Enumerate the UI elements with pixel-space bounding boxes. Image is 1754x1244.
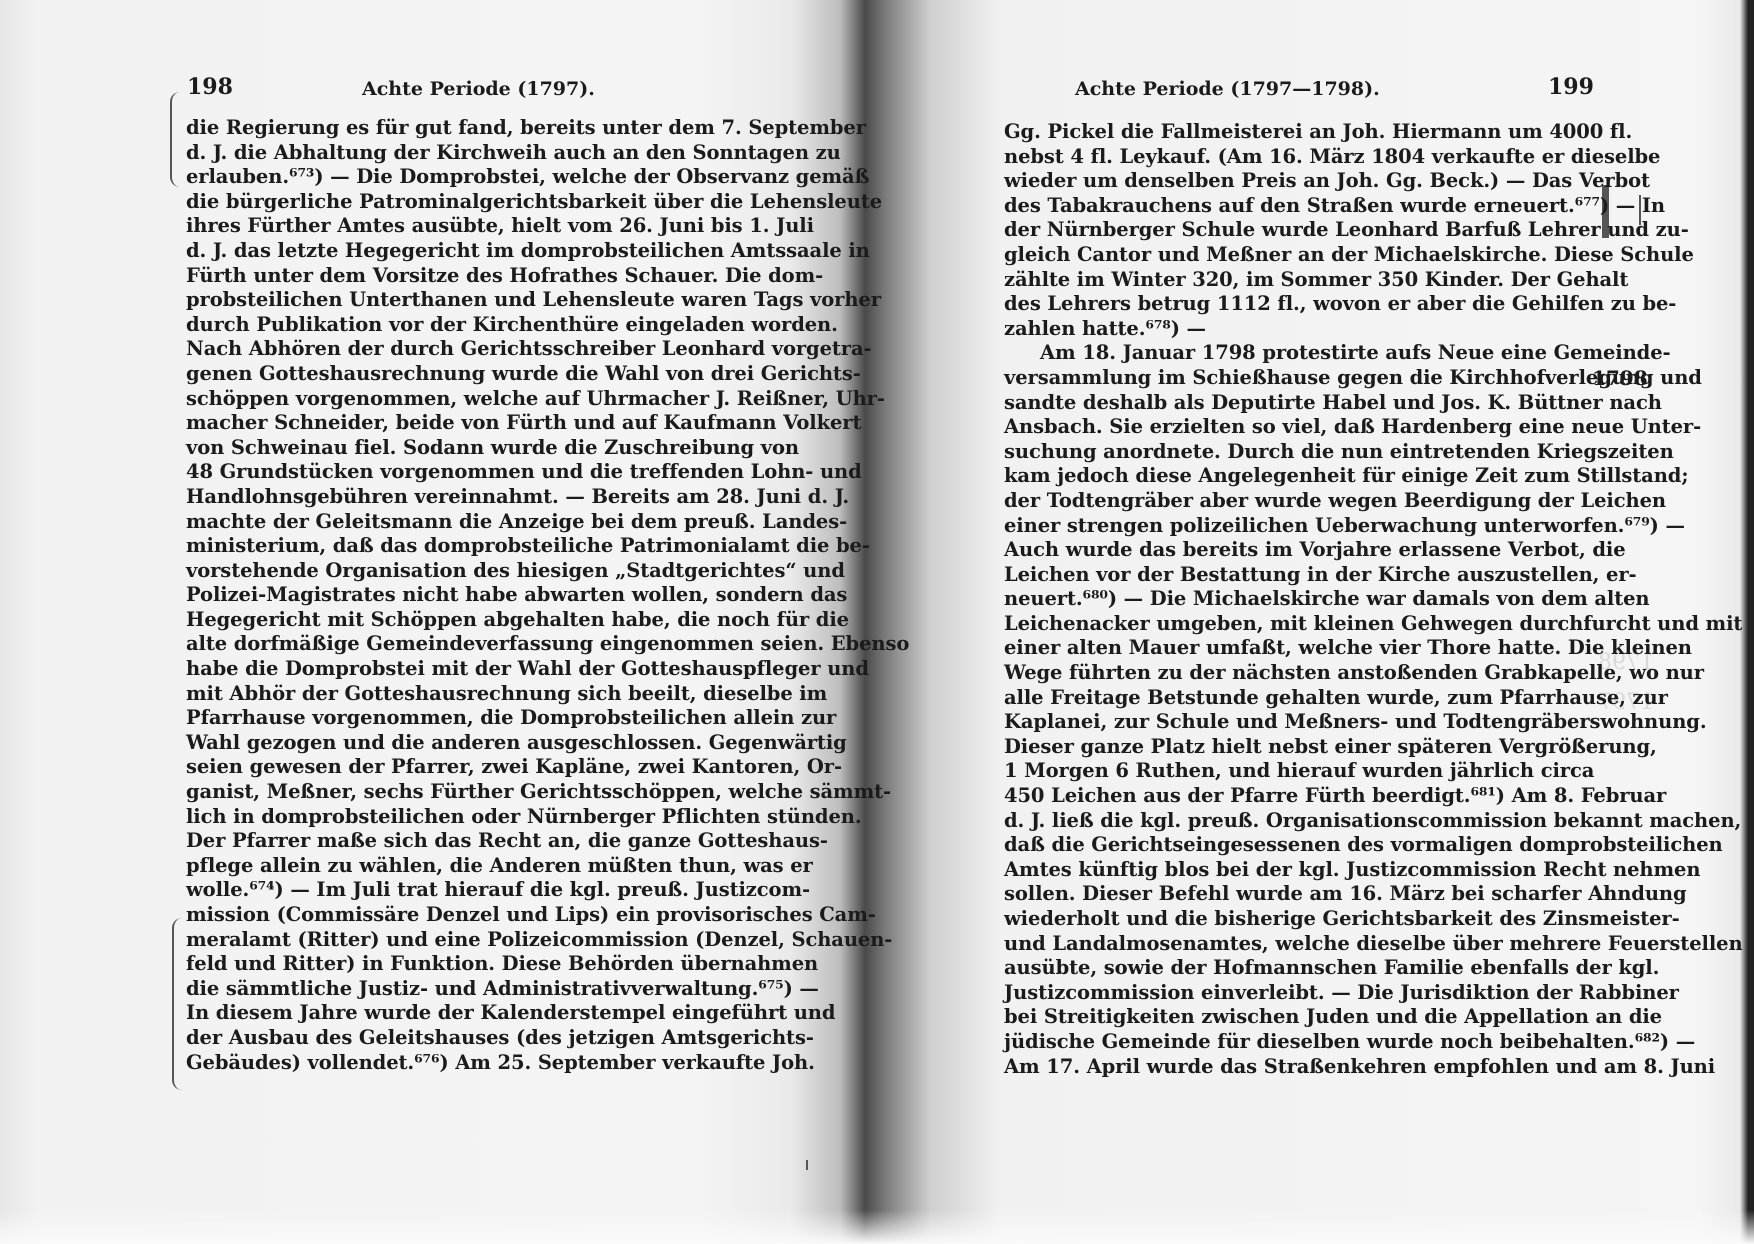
text-line: einer alten Mauer umfaßt, welche vier Th…	[1004, 636, 1578, 661]
pencil-bracket-mark	[172, 918, 184, 1090]
text-line: Pfarrhause vorgenommen, die Domprobsteil…	[186, 706, 718, 731]
text-line: Am 18. Januar 1798 protestirte aufs Neue…	[1004, 341, 1578, 366]
text-line: die bürgerliche Patrominalgerichtsbarkei…	[186, 190, 718, 215]
text-line: genen Gotteshausrechnung wurde die Wahl …	[186, 362, 718, 387]
text-line: In diesem Jahre wurde der Kalenderstempe…	[186, 1001, 718, 1026]
text-line: und Landalmosenamtes, welche dieselbe üb…	[1004, 932, 1578, 957]
text-line: von Schweinau fiel. Sodann wurde die Zus…	[186, 436, 718, 461]
text-line: Der Pfarrer maße sich das Recht an, die …	[186, 829, 718, 854]
text-line: Wege führten zu der nächsten anstoßenden…	[1004, 661, 1578, 686]
text-line: Wahl gezogen und die anderen ausgeschlos…	[186, 731, 718, 756]
text-line: der Ausbau des Geleitshauses (des jetzig…	[186, 1026, 718, 1051]
text-line: mission (Commissäre Denzel und Lips) ein…	[186, 903, 718, 928]
text-line: Polizei-Magistrates nicht habe abwarten …	[186, 583, 718, 608]
text-line: wieder um denselben Preis an Joh. Gg. Be…	[1004, 169, 1578, 194]
text-line: ministerium, daß das domprobsteiliche Pa…	[186, 534, 718, 559]
text-line: erlauben.⁶⁷³) — Die Domprobstei, welche …	[186, 165, 718, 190]
text-line: ihres Fürther Amtes ausübte, hielt vom 2…	[186, 214, 718, 239]
text-line: Justizcommission einverleibt. — Die Juri…	[1004, 981, 1578, 1006]
text-line: bei Streitigkeiten zwischen Juden und di…	[1004, 1005, 1578, 1030]
text-line: nebst 4 fl. Leykauf. (Am 16. März 1804 v…	[1004, 145, 1578, 170]
text-line: gleich Cantor und Meßner an der Michaels…	[1004, 243, 1578, 268]
text-line: 450 Leichen aus der Pfarre Fürth beerdig…	[1004, 784, 1578, 809]
text-line: alte dorfmäßige Gemeindeverfassung einge…	[186, 632, 718, 657]
text-line: ganist, Meßner, sechs Fürther Gerichtssc…	[186, 780, 718, 805]
page-number: 198	[187, 74, 233, 100]
text-line: Fürth unter dem Vorsitze des Hofrathes S…	[186, 264, 718, 289]
text-line: Gg. Pickel die Fallmeisterei an Joh. Hie…	[1004, 120, 1578, 145]
running-head: Achte Periode (1797).	[362, 78, 595, 100]
text-line: 48 Grundstücken vorgenommen und die tref…	[186, 460, 718, 485]
text-line: zählte im Winter 320, im Sommer 350 Kind…	[1004, 268, 1578, 293]
text-line: Am 17. April wurde das Straßenkehren emp…	[1004, 1055, 1578, 1080]
stray-mark	[806, 1160, 808, 1170]
pencil-bracket-mark	[170, 92, 184, 187]
text-line: Kaplanei, zur Schule und Meßners- und To…	[1004, 710, 1578, 735]
text-line: alle Freitage Betstunde gehalten wurde, …	[1004, 686, 1578, 711]
text-line: d. J. das letzte Hegegericht im domprobs…	[186, 239, 718, 264]
text-line: Leichenacker umgeben, mit kleinen Gehweg…	[1004, 612, 1578, 637]
text-line: Leichen vor der Bestattung in der Kirche…	[1004, 563, 1578, 588]
text-line: Hegegericht mit Schöppen abgehalten habe…	[186, 608, 718, 633]
text-line: der Nürnberger Schule wurde Leonhard Bar…	[1004, 218, 1578, 243]
text-line: ausübte, sowie der Hofmannschen Familie …	[1004, 956, 1578, 981]
text-line: Gebäudes) vollendet.⁶⁷⁶) Am 25. Septembe…	[186, 1051, 718, 1076]
text-line: sollen. Dieser Befehl wurde am 16. März …	[1004, 882, 1578, 907]
text-line: machte der Geleitsmann die Anzeige bei d…	[186, 510, 718, 535]
text-line: vorstehende Organisation des hiesigen „S…	[186, 559, 718, 584]
text-line: daß die Gerichtseingesessenen des vormal…	[1004, 833, 1578, 858]
text-line: versammlung im Schießhause gegen die Kir…	[1004, 366, 1578, 391]
text-line: sandte deshalb als Deputirte Habel und J…	[1004, 391, 1578, 416]
text-line: der Todtengräber aber wurde wegen Beerdi…	[1004, 489, 1578, 514]
text-line: kam jedoch diese Angelegenheit für einig…	[1004, 464, 1578, 489]
text-line: mit Abhör der Gotteshausrechnung sich be…	[186, 682, 718, 707]
text-line: neuert.⁶⁸⁰) — Die Michaelskirche war dam…	[1004, 587, 1578, 612]
text-line: seien gewesen der Pfarrer, zwei Kapläne,…	[186, 755, 718, 780]
text-line: zahlen hatte.⁶⁷⁸) —	[1004, 317, 1578, 342]
text-line: lich in domprobsteilichen oder Nürnberge…	[186, 805, 718, 830]
text-line: des Lehrers betrug 1112 fl., wovon er ab…	[1004, 292, 1578, 317]
text-line: d. J. ließ die kgl. preuß. Organisations…	[1004, 809, 1578, 834]
text-line: die sämmtliche Justiz- und Administrativ…	[186, 977, 718, 1002]
text-line: Nach Abhören der durch Gerichtsschreiber…	[186, 337, 718, 362]
text-line: Dieser ganze Platz hielt nebst einer spä…	[1004, 735, 1578, 760]
text-line: probsteilichen Unterthanen und Lehensleu…	[186, 288, 718, 313]
text-line: schöppen vorgenommen, welche auf Uhrmach…	[186, 387, 718, 412]
text-line: wiederholt und die bisherige Gerichtsbar…	[1004, 907, 1578, 932]
running-head: Achte Periode (1797—1798).	[1075, 78, 1380, 100]
text-line: des Tabakrauchens auf den Straßen wurde …	[1004, 194, 1578, 219]
left-page-body-text: die Regierung es für gut fand, bereits u…	[186, 116, 718, 1075]
text-line: suchung anordnete. Durch die nun eintret…	[1004, 440, 1578, 465]
text-line: die Regierung es für gut fand, bereits u…	[186, 116, 718, 141]
text-line: d. J. die Abhaltung der Kirchweih auch a…	[186, 141, 718, 166]
left-page: 198 Achte Periode (1797). die Regierung …	[0, 0, 860, 1244]
text-line: durch Publikation vor der Kirchenthüre e…	[186, 313, 718, 338]
text-line: jüdische Gemeinde für dieselben wurde no…	[1004, 1030, 1578, 1055]
text-line: Auch wurde das bereits im Vorjahre erlas…	[1004, 538, 1578, 563]
text-line: wolle.⁶⁷⁴) — Im Juli trat hierauf die kg…	[186, 878, 718, 903]
text-line: meralamt (Ritter) und eine Polizeicommis…	[186, 928, 718, 953]
text-line: pflege allein zu wählen, die Anderen müß…	[186, 854, 718, 879]
right-page-body-text: Gg. Pickel die Fallmeisterei an Joh. Hie…	[1004, 120, 1578, 1079]
text-line: habe die Domprobstei mit der Wahl der Go…	[186, 657, 718, 682]
text-line: feld und Ritter) in Funktion. Diese Behö…	[186, 952, 718, 977]
text-line: Handlohnsgebühren vereinnahmt. — Bereits…	[186, 485, 718, 510]
text-line: Amtes künftig blos bei der kgl. Justizco…	[1004, 858, 1578, 883]
text-line: Ansbach. Sie erzielten so viel, daß Hard…	[1004, 415, 1578, 440]
text-line: macher Schneider, beide von Fürth und au…	[186, 411, 718, 436]
text-line: einer strengen polizeilichen Ueberwachun…	[1004, 514, 1578, 539]
page-number: 199	[1548, 74, 1594, 100]
text-line: 1 Morgen 6 Ruthen, und hierauf wurden jä…	[1004, 759, 1578, 784]
